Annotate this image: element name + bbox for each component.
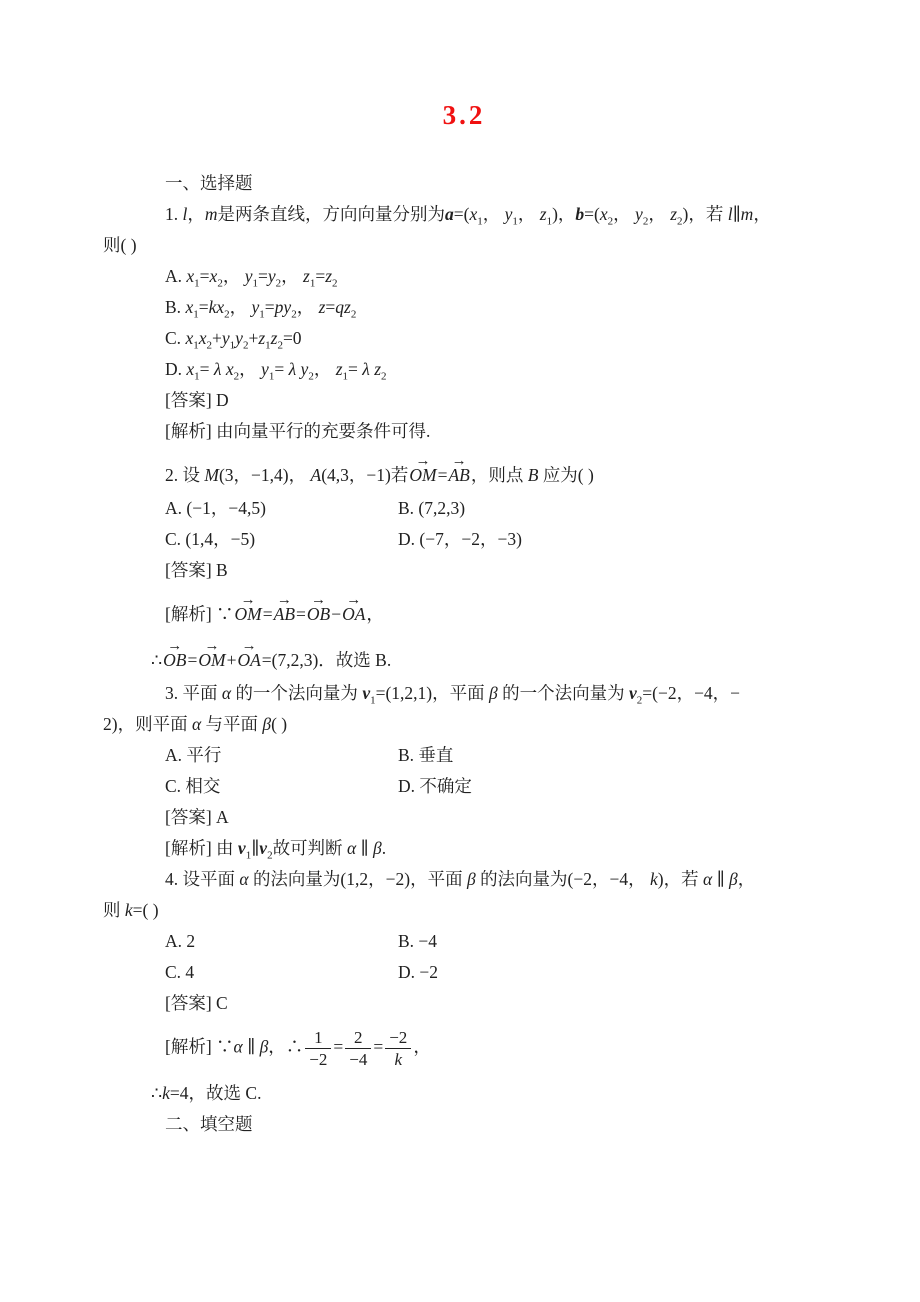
text-run: α	[703, 869, 712, 889]
text-run: =	[348, 359, 362, 379]
q2-options-ab-col1: A. (−1，−4,5)	[165, 498, 398, 519]
q4-stem-line2: 则 k=( )	[103, 900, 825, 921]
text-run: x	[186, 359, 194, 379]
text-run: C. (1,4，−5)	[165, 529, 255, 549]
q2-options-cd-col2: D. (−7，−2，−3)	[398, 529, 631, 550]
q1-answer: [答案] D	[103, 390, 825, 411]
text-run: [答案] D	[165, 390, 229, 410]
text-run: α	[234, 1037, 243, 1057]
text-run: =	[333, 1037, 343, 1057]
text-run: 一、选择题	[165, 173, 253, 193]
text-run: ，则点	[471, 465, 528, 485]
text-run: =	[200, 359, 214, 379]
text-run: =(1,2,1)，平面	[376, 683, 489, 703]
q3-options-ab-col1: A. 平行	[165, 745, 398, 766]
text-run: [答案] B	[165, 560, 228, 580]
text-run: ，	[366, 604, 384, 624]
q1-option-d: D. x1= λ x2， y1= λ y2， z1= λ z2	[103, 359, 825, 380]
text-run: A. 2	[165, 931, 195, 951]
fraction-denominator: −4	[345, 1049, 371, 1069]
text-run: =	[373, 1037, 383, 1057]
text-run: 是两条直线，方向向量分别为	[218, 204, 446, 224]
text-run: =	[274, 359, 288, 379]
text-run: B	[528, 465, 539, 485]
text-run: z	[303, 266, 310, 286]
q1-option-b: B. x1=kx2， y1=py2， z=qz2	[103, 297, 825, 318]
text-run: =(−2，−4，−	[642, 683, 740, 703]
text-run: −	[331, 604, 341, 624]
text-run: [解析] 由向量平行的充要条件可得.	[165, 421, 430, 441]
text-run: kx	[209, 297, 225, 317]
text-run: =4，故选 C.	[170, 1083, 262, 1103]
text-run: A	[310, 465, 321, 485]
text-run: k	[394, 1050, 402, 1069]
q4-options-ab: A. 2B. −4	[103, 931, 825, 952]
text-run: 应为( )	[538, 465, 593, 485]
text-run: ，	[648, 204, 670, 224]
text-run: 1	[314, 1028, 323, 1047]
text-run: ，	[187, 204, 205, 224]
worksheet-page: 3.2 一、选择题1. l，m是两条直线，方向向量分别为a=(x1， y1， z…	[0, 0, 920, 1302]
text-run: .	[382, 838, 386, 858]
text-run: ，∴	[268, 1037, 303, 1057]
text-run: ，	[738, 869, 756, 889]
text-run: y	[261, 359, 269, 379]
text-run: −4	[349, 1050, 367, 1069]
text-run: =(	[454, 204, 470, 224]
text-run: [解析] ∵	[165, 1037, 234, 1057]
q2-analysis-line2: ∴OB=OM+OA=(7,2,3)．故选 B.	[103, 637, 825, 671]
text-run: (3，−1,4)，	[219, 465, 311, 485]
text-run: m	[205, 204, 218, 224]
text-run: =	[315, 266, 325, 286]
text-run: =(7,2,3)．故选 B.	[262, 650, 391, 670]
text-run: 故可判断	[273, 838, 347, 858]
text-run: ，	[518, 204, 540, 224]
vector-OM: OM	[409, 465, 436, 486]
text-run: 1.	[165, 204, 183, 224]
text-run: 的一个法向量为	[231, 683, 362, 703]
text-run: x	[186, 266, 194, 286]
text-run: α	[347, 838, 356, 858]
text-run: =	[199, 297, 209, 317]
vector-OM: OM	[198, 650, 225, 671]
q3-options-cd: C. 相交D. 不确定	[103, 776, 825, 797]
text-run: ，	[281, 266, 303, 286]
text-run: 的法向量为(1,2，−2)，平面	[249, 869, 467, 889]
text-run: z	[336, 359, 343, 379]
text-run: 与平面	[201, 714, 262, 734]
text-run: v	[629, 683, 637, 703]
text-run: ( )	[271, 714, 287, 734]
text-run: =	[258, 266, 268, 286]
text-run: ，	[314, 359, 336, 379]
text-run: k	[650, 869, 658, 889]
text-run: =	[263, 604, 273, 624]
text-run: y	[222, 328, 230, 348]
text-run: z	[670, 204, 677, 224]
fraction-numerator: 1	[305, 1028, 331, 1049]
text-run: ，	[483, 204, 505, 224]
vector-OA: OA	[237, 650, 260, 671]
text-run: qz	[335, 297, 351, 317]
text-run: 则	[103, 900, 125, 920]
q1-stem-line1: 1. l，m是两条直线，方向向量分别为a=(x1， y1， z1)，b=(x2，…	[103, 204, 825, 225]
q1-option-c: C. x1x2+y1y2+z1z2=0	[103, 328, 825, 349]
text-run: C.	[165, 328, 185, 348]
text-run: ∥	[356, 838, 373, 858]
text-run: 则( )	[103, 235, 137, 255]
page-title: 3.2	[103, 100, 825, 131]
text-run: +	[248, 328, 258, 348]
q3-stem-line1: 3. 平面 α 的一个法向量为 v1=(1,2,1)，平面 β 的一个法向量为 …	[103, 683, 825, 704]
fraction-denominator: −2	[305, 1049, 331, 1069]
q2-options-cd: C. (1,4，−5)D. (−7，−2，−3)	[103, 529, 825, 550]
text-run: y	[635, 204, 643, 224]
text-run: A. 平行	[165, 745, 221, 765]
text-run: +	[227, 650, 237, 670]
text-run: v	[362, 683, 370, 703]
text-run: C. 4	[165, 962, 194, 982]
text-run: a	[445, 204, 454, 224]
text-run: =	[265, 297, 275, 317]
q1-analysis: [解析] 由向量平行的充要条件可得.	[103, 421, 825, 442]
q4-options-cd-col1: C. 4	[165, 962, 398, 983]
text-run: ∴	[151, 1083, 162, 1103]
text-run: =0	[283, 328, 302, 348]
q1-stem-line2: 则( )	[103, 235, 825, 256]
text-run: (4,3，−1)若	[321, 465, 408, 485]
q3-options-cd-col2: D. 不确定	[398, 776, 631, 797]
q3-analysis: [解析] 由 v1∥v2故可判断 α ∥ β.	[103, 838, 825, 859]
text-run: =( )	[133, 900, 159, 920]
fraction-denominator: k	[385, 1049, 411, 1069]
q4-analysis-line1: [解析] ∵α ∥ β，∴1−2=2−4=−2k，	[103, 1024, 825, 1069]
text-run: ，	[230, 297, 252, 317]
text-run: C. 相交	[165, 776, 220, 796]
text-run: ∥	[243, 1037, 260, 1057]
q4-answer: [答案] C	[103, 993, 825, 1014]
text-run: α	[222, 683, 231, 703]
text-run: )，	[552, 204, 575, 224]
text-run: y	[235, 328, 243, 348]
text-run: D. (−7，−2，−3)	[398, 529, 522, 549]
text-run: λ	[289, 359, 301, 379]
section-1-heading: 一、选择题	[103, 173, 825, 194]
vector-OB: OB	[163, 650, 186, 671]
text-run: )，若	[658, 869, 703, 889]
text-run: v	[259, 838, 267, 858]
text-run: −2	[389, 1028, 407, 1047]
text-run: m	[741, 204, 754, 224]
q4-options-cd-col2: D. −2	[398, 962, 631, 983]
text-run: [答案] A	[165, 807, 229, 827]
text-run: =(	[584, 204, 600, 224]
q2-options-cd-col1: C. (1,4，−5)	[165, 529, 398, 550]
q2-analysis-line1: [解析] ∵OM=AB=OB−OA，	[103, 591, 825, 625]
text-run: =	[187, 650, 197, 670]
text-run: [答案] C	[165, 993, 228, 1013]
text-run: =	[200, 266, 210, 286]
text-run: ∥	[733, 204, 741, 224]
vector-OM: OM	[235, 604, 262, 625]
text-run: x	[199, 328, 207, 348]
q3-options-ab-col2: B. 垂直	[398, 745, 631, 766]
text-run: v	[238, 838, 246, 858]
text-run: ，	[753, 204, 771, 224]
text-run: +	[212, 328, 222, 348]
text-run: ，	[239, 359, 261, 379]
q3-options-cd-col1: C. 相交	[165, 776, 398, 797]
text-run: ，	[413, 1037, 431, 1057]
text-run: 2	[332, 278, 338, 290]
text-run: 的一个法向量为	[498, 683, 629, 703]
text-run: A.	[165, 266, 186, 286]
text-run: ∴	[151, 650, 162, 670]
text-run: −2	[309, 1050, 327, 1069]
text-run: D. 不确定	[398, 776, 472, 796]
text-run: 2	[354, 1028, 363, 1047]
text-run: B. −4	[398, 931, 437, 951]
text-run: λ	[214, 359, 226, 379]
vector-AB: AB	[448, 465, 469, 486]
fraction-numerator: −2	[385, 1028, 411, 1049]
text-run: D.	[165, 359, 186, 379]
q1-option-a: A. x1=x2， y1=y2， z1=z2	[103, 266, 825, 287]
text-run: x	[226, 359, 234, 379]
text-run: β	[262, 714, 271, 734]
q4-analysis-line2: ∴k=4，故选 C.	[103, 1083, 825, 1104]
vector-OA: OA	[342, 604, 365, 625]
q2-answer: [答案] B	[103, 560, 825, 581]
text-run: α	[192, 714, 201, 734]
q2-options-ab: A. (−1，−4,5)B. (7,2,3)	[103, 498, 825, 519]
q4-options-ab-col1: A. 2	[165, 931, 398, 952]
text-run: β	[373, 838, 382, 858]
q2-stem: 2. 设 M(3，−1,4)， A(4,3，−1)若OM=AB，则点 B 应为(…	[103, 452, 825, 486]
vector-AB: AB	[274, 604, 295, 625]
text-run: B.	[165, 297, 185, 317]
text-run: [解析] ∵	[165, 604, 234, 624]
text-run: β	[489, 683, 498, 703]
fraction-1-over-neg2: 1−2	[305, 1028, 331, 1069]
text-run: k	[162, 1083, 170, 1103]
q3-stem-line2: 2)，则平面 α 与平面 β( )	[103, 714, 825, 735]
text-run: 3. 平面	[165, 683, 222, 703]
text-run: 2	[351, 309, 357, 321]
text-run: ∥	[712, 869, 729, 889]
q4-stem-line1: 4. 设平面 α 的法向量为(1,2，−2)，平面 β 的法向量为(−2，−4，…	[103, 869, 825, 890]
q2-options-ab-col2: B. (7,2,3)	[398, 498, 631, 519]
text-run: ，	[297, 297, 319, 317]
text-run: b	[575, 204, 584, 224]
text-run: 2. 设	[165, 465, 204, 485]
text-run: α	[239, 869, 248, 889]
fraction-2-over-neg4: 2−4	[345, 1028, 371, 1069]
text-run: y	[268, 266, 276, 286]
fraction-numerator: 2	[345, 1028, 371, 1049]
vector-OB: OB	[307, 604, 330, 625]
text-run: z	[325, 266, 332, 286]
fraction-neg2-over-k: −2k	[385, 1028, 411, 1069]
text-run: β	[729, 869, 738, 889]
text-run: D. −2	[398, 962, 438, 982]
text-run: B. (7,2,3)	[398, 498, 465, 518]
text-run: β	[260, 1037, 269, 1057]
q4-options-cd: C. 4D. −2	[103, 962, 825, 983]
text-run: M	[204, 465, 219, 485]
text-run: =	[438, 465, 448, 485]
text-run: x	[600, 204, 608, 224]
text-run: k	[125, 900, 133, 920]
text-run: =	[325, 297, 335, 317]
text-run: 2	[381, 371, 387, 383]
worksheet-content: 一、选择题1. l，m是两条直线，方向向量分别为a=(x1， y1， z1)，b…	[103, 173, 825, 1135]
text-run: =	[296, 604, 306, 624]
q4-options-ab-col2: B. −4	[398, 931, 631, 952]
text-run: [解析] 由	[165, 838, 238, 858]
text-run: B. 垂直	[398, 745, 453, 765]
text-run: 二、填空题	[165, 1114, 253, 1134]
text-run: λ	[362, 359, 374, 379]
section-2-heading: 二、填空题	[103, 1114, 825, 1135]
text-run: 的法向量为(−2，−4，	[476, 869, 650, 889]
text-run: ，	[613, 204, 635, 224]
text-run: β	[467, 869, 476, 889]
text-run: z	[540, 204, 547, 224]
text-run: ，	[223, 266, 245, 286]
text-run: )，若	[683, 204, 728, 224]
text-run: 4. 设平面	[165, 869, 239, 889]
q3-answer: [答案] A	[103, 807, 825, 828]
text-run: 2)，则平面	[103, 714, 192, 734]
text-run: A. (−1，−4,5)	[165, 498, 266, 518]
text-run: py	[275, 297, 292, 317]
q3-options-ab: A. 平行B. 垂直	[103, 745, 825, 766]
